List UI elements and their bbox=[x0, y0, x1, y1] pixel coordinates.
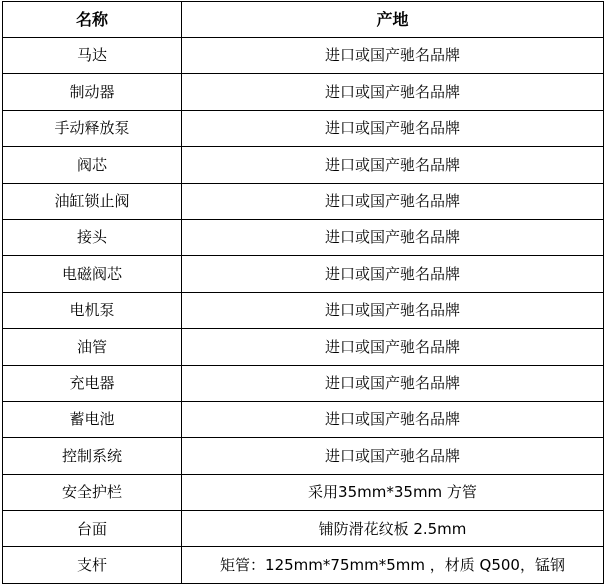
part-name-cell: 支杆 bbox=[3, 547, 182, 584]
origin-cell: 进口或国产驰名品牌 bbox=[182, 219, 604, 255]
origin-cell: 铺防滑花纹板 2.5mm bbox=[182, 511, 604, 547]
table-row: 安全护栏 采用35mm*35mm 方管 bbox=[3, 474, 604, 510]
table-row: 制动器 进口或国产驰名品牌 bbox=[3, 74, 604, 110]
origin-cell: 进口或国产驰名品牌 bbox=[182, 329, 604, 365]
table-row: 控制系统 进口或国产驰名品牌 bbox=[3, 438, 604, 474]
header-name: 名称 bbox=[3, 2, 182, 38]
table-row: 蓄电池 进口或国产驰名品牌 bbox=[3, 401, 604, 437]
part-name-cell: 控制系统 bbox=[3, 438, 182, 474]
part-name-cell: 接头 bbox=[3, 219, 182, 255]
origin-cell: 进口或国产驰名品牌 bbox=[182, 74, 604, 110]
table-row: 电机泵 进口或国产驰名品牌 bbox=[3, 292, 604, 328]
part-name-cell: 安全护栏 bbox=[3, 474, 182, 510]
part-name-cell: 电磁阀芯 bbox=[3, 256, 182, 292]
part-name-cell: 台面 bbox=[3, 511, 182, 547]
header-row: 名称 产地 bbox=[3, 2, 604, 38]
origin-cell: 进口或国产驰名品牌 bbox=[182, 365, 604, 401]
table-row: 马达 进口或国产驰名品牌 bbox=[3, 38, 604, 74]
part-name-cell: 阀芯 bbox=[3, 147, 182, 183]
part-name-cell: 油管 bbox=[3, 329, 182, 365]
origin-cell: 进口或国产驰名品牌 bbox=[182, 38, 604, 74]
table-row: 台面 铺防滑花纹板 2.5mm bbox=[3, 511, 604, 547]
header-origin: 产地 bbox=[182, 2, 604, 38]
table-row: 手动释放泵 进口或国产驰名品牌 bbox=[3, 110, 604, 146]
origin-cell: 进口或国产驰名品牌 bbox=[182, 401, 604, 437]
origin-cell: 进口或国产驰名品牌 bbox=[182, 438, 604, 474]
table-row: 电磁阀芯 进口或国产驰名品牌 bbox=[3, 256, 604, 292]
part-name-cell: 油缸锁止阀 bbox=[3, 183, 182, 219]
part-name-cell: 手动释放泵 bbox=[3, 110, 182, 146]
part-name-cell: 电机泵 bbox=[3, 292, 182, 328]
origin-cell: 进口或国产驰名品牌 bbox=[182, 110, 604, 146]
origin-cell: 矩管：125mm*75mm*5mm ，材质 Q500，锰钢 bbox=[182, 547, 604, 584]
table-row: 支杆 矩管：125mm*75mm*5mm ，材质 Q500，锰钢 bbox=[3, 547, 604, 584]
part-name-cell: 马达 bbox=[3, 38, 182, 74]
origin-cell: 进口或国产驰名品牌 bbox=[182, 256, 604, 292]
parts-spec-table: 名称 产地 马达 进口或国产驰名品牌 制动器 进口或国产驰名品牌 手动释放泵 进… bbox=[2, 1, 604, 584]
part-name-cell: 蓄电池 bbox=[3, 401, 182, 437]
origin-cell: 进口或国产驰名品牌 bbox=[182, 183, 604, 219]
part-name-cell: 制动器 bbox=[3, 74, 182, 110]
part-name-cell: 充电器 bbox=[3, 365, 182, 401]
origin-cell: 进口或国产驰名品牌 bbox=[182, 292, 604, 328]
table-row: 阀芯 进口或国产驰名品牌 bbox=[3, 147, 604, 183]
table-row: 接头 进口或国产驰名品牌 bbox=[3, 219, 604, 255]
table-row: 充电器 进口或国产驰名品牌 bbox=[3, 365, 604, 401]
origin-cell: 采用35mm*35mm 方管 bbox=[182, 474, 604, 510]
table-row: 油缸锁止阀 进口或国产驰名品牌 bbox=[3, 183, 604, 219]
origin-cell: 进口或国产驰名品牌 bbox=[182, 147, 604, 183]
table-row: 油管 进口或国产驰名品牌 bbox=[3, 329, 604, 365]
